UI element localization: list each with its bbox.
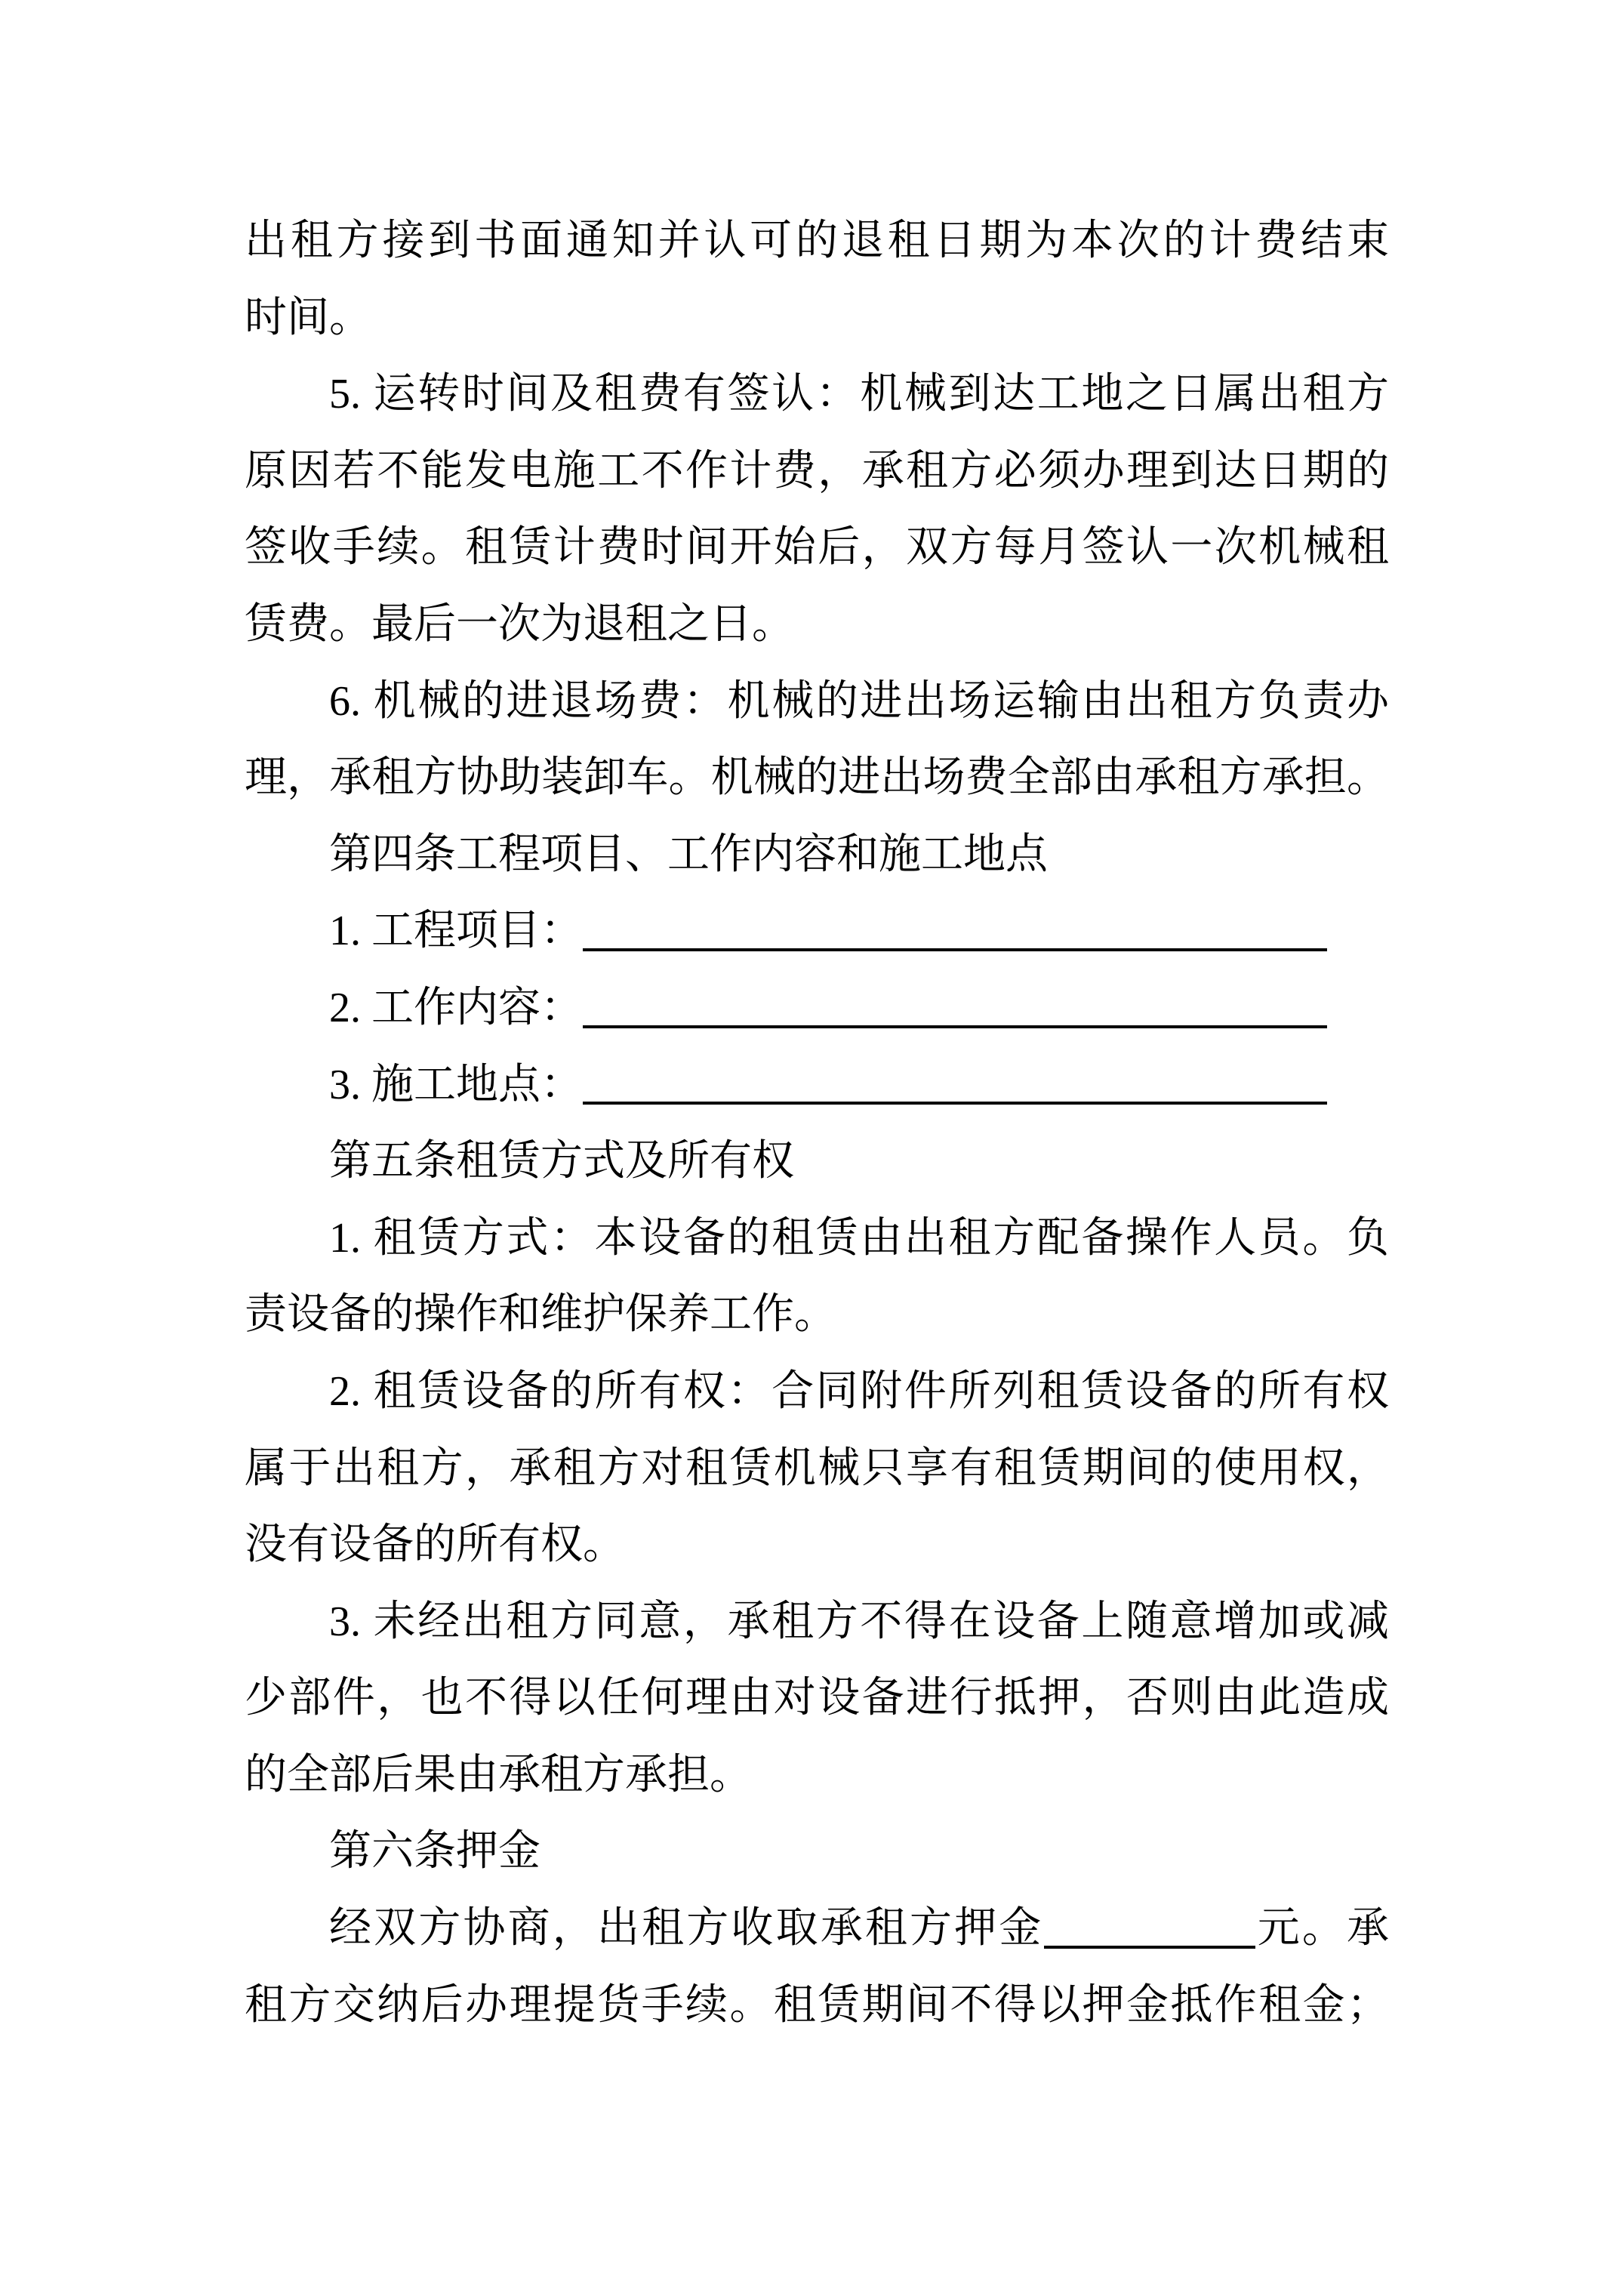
text-line: 租方交纳后办理提货手续。租赁期间不得以押金抵作租金； [245,1968,1389,2045]
text-line: 签收手续。租赁计费时间开始后，双方每月签认一次机械租 [245,510,1389,587]
text-line: 赁费。最后一次为退租之日。 [245,587,1389,664]
text-line: 1. 工程项目： [245,893,1389,970]
line-text: 租方交纳后办理提货手续。租赁期间不得以押金抵作租金； [245,1982,1389,2029]
text-line: 属于出租方，承租方对租赁机械只享有租赁期间的使用权， [245,1431,1389,1508]
fill-in-blank [583,985,1327,1028]
line-text: 签收手续。租赁计费时间开始后，双方每月签认一次机械租 [245,524,1389,571]
text-line: 出租方接到书面通知并认可的退租日期为本次的计费结束 [245,203,1389,280]
line-text: 3. 未经出租方同意，承租方不得在设备上随意增加或减 [329,1598,1389,1645]
text-line: 的全部后果由承租方承担。 [245,1737,1389,1814]
line-text: 第五条租赁方式及所有权 [329,1138,794,1185]
text-line: 3. 施工地点： [245,1047,1389,1124]
text-line: 理，承租方协助装卸车。机械的进出场费全部由承租方承担。 [245,740,1389,817]
line-text: 经双方协商，出租方收取承租方押金 [329,1905,1044,1952]
line-text: 没有设备的所有权。 [245,1521,625,1568]
text-line: 没有设备的所有权。 [245,1507,1389,1584]
line-text: 出租方接到书面通知并认可的退租日期为本次的计费结束 [245,217,1389,264]
text-line: 时间。 [245,280,1389,357]
line-text: 赁费。最后一次为退租之日。 [245,601,794,648]
line-text: 5. 运转时间及租费有签认：机械到达工地之日属出租方 [329,371,1389,418]
contract-text-block: 出租方接到书面通知并认可的退租日期为本次的计费结束 时间。 5. 运转时间及租费… [245,203,1389,2044]
line-text: 理，承租方协助装卸车。机械的进出场费全部由承租方承担。 [245,754,1389,801]
line-text: 2. 工作内容： [329,985,583,1031]
line-text: 6. 机械的进退场费：机械的进出场运输由出租方负责办 [329,678,1389,725]
text-line: 少部件，也不得以任何理由对设备进行抵押，否则由此造成 [245,1660,1389,1737]
line-text: 责设备的操作和维护保养工作。 [245,1291,836,1338]
line-text: 属于出租方，承租方对租赁机械只享有租赁期间的使用权， [245,1445,1389,1492]
line-text: 1. 工程项目： [329,908,583,954]
text-line: 2. 工作内容： [245,970,1389,1047]
document-page: 出租方接到书面通知并认可的退租日期为本次的计费结束 时间。 5. 运转时间及租费… [0,0,1623,2296]
line-text: 3. 施工地点： [329,1062,583,1108]
line-text: 1. 租赁方式：本设备的租赁由出租方配备操作人员。负 [329,1215,1389,1262]
text-line: 5. 运转时间及租费有签认：机械到达工地之日属出租方 [245,356,1389,433]
text-line: 经双方协商，出租方收取承租方押金元。承 [245,1891,1389,1968]
line-text: 的全部后果由承租方承担。 [245,1752,752,1798]
text-line: 第六条押金 [245,1814,1389,1891]
line-text: 少部件，也不得以任何理由对设备进行抵押，否则由此造成 [245,1675,1389,1721]
text-line: 第五条租赁方式及所有权 [245,1123,1389,1200]
fill-in-blank [1044,1906,1255,1949]
text-line: 责设备的操作和维护保养工作。 [245,1277,1389,1354]
line-text: 时间。 [245,294,371,341]
text-line: 1. 租赁方式：本设备的租赁由出租方配备操作人员。负 [245,1200,1389,1277]
line-text: 第六条押金 [329,1828,540,1875]
line-text: 第四条工程项目、工作内容和施工地点 [329,831,1048,878]
line-tail-text: 元。承 [1255,1905,1389,1952]
line-text: 2. 租赁设备的所有权：合同附件所列租赁设备的所有权 [329,1368,1389,1415]
fill-in-blank [583,1062,1327,1105]
text-line: 第四条工程项目、工作内容和施工地点 [245,817,1389,894]
text-line: 2. 租赁设备的所有权：合同附件所列租赁设备的所有权 [245,1354,1389,1431]
fill-in-blank [583,908,1327,951]
line-text: 原因若不能发电施工不作计费，承租方必须办理到达日期的 [245,448,1389,495]
text-line: 3. 未经出租方同意，承租方不得在设备上随意增加或减 [245,1584,1389,1661]
text-line: 原因若不能发电施工不作计费，承租方必须办理到达日期的 [245,433,1389,510]
text-line: 6. 机械的进退场费：机械的进出场运输由出租方负责办 [245,664,1389,741]
